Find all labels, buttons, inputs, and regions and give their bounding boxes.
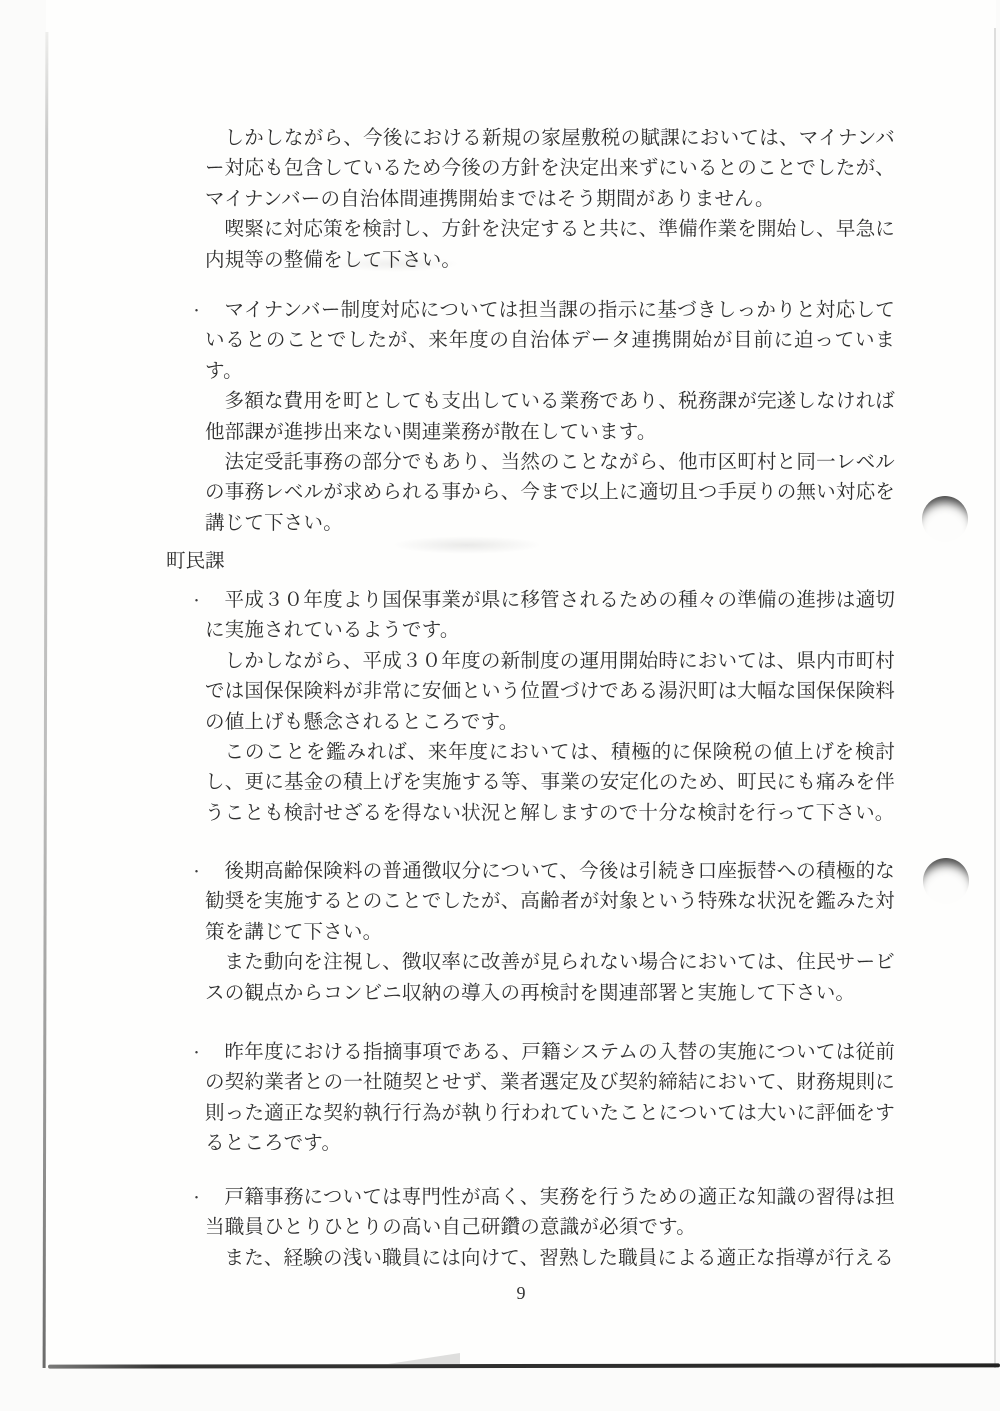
punch-hole-top [922,496,968,542]
paragraph: 喫緊に対応策を検討し、方針を決定すると共に、準備作業を開始し、早急に内規等の整備… [205,215,895,276]
bullet-dot-icon: ・ [190,857,203,887]
page-right-edge [994,28,996,1368]
paragraph: また、経験の浅い職員には向けて、習熟した職員による適正な指導が行える [205,1244,895,1274]
bullet-item-kokuho-transfer: ・ 平成３０年度より国保事業が県に移管されるための種々の準備の進捗は適切に実施さ… [205,586,895,829]
paragraph: しかしながら、平成３０年度の新制度の運用開始時においては、県内市町村では国保保険… [205,647,895,738]
paragraph: このことを鑑みれば、来年度においては、積極的に保険税の値上げを検討し、更に基金の… [205,738,895,829]
bullet-item-mynumber-response: ・ マイナンバー制度対応については担当課の指示に基づきしっかりと対応しているとの… [205,296,895,539]
paragraph: 戸籍事務については専門性が高く、実務を行うための適正な知識の習得は担当職員ひとり… [205,1183,895,1244]
bullet-item-late-elderly-premium: ・ 後期高齢保険料の普通徴収分について、今後は引続き口座振替への積極的な勧奨を実… [205,857,895,1009]
bullet-item-koseki-system-contract: ・ 昨年度における指摘事項である、戸籍システムの入替の実施については従前の契約業… [205,1038,895,1160]
paragraph: また動向を注視し、徴収率に改善が見られない場合においては、住民サービスの観点から… [205,948,895,1009]
scanned-document-page: { "page_number": "9", "bullet_marker": "… [0,0,1000,1411]
bullet-dot-icon: ・ [190,296,203,326]
paragraph: 昨年度における指摘事項である、戸籍システムの入替の実施については従前の契約業者と… [205,1038,895,1160]
bullet-dot-icon: ・ [190,1038,203,1068]
page-number: 9 [46,1279,996,1307]
carryover-paragraph-group: しかしながら、今後における新規の家屋敷税の賦課においては、マイナンバー対応も包含… [205,124,895,276]
punch-hole-bottom [923,858,969,904]
paragraph: 多額な費用を町としても支出している業務であり、税務課が完遂しなければ他部課が進捗… [205,387,895,448]
paragraph: マイナンバー制度対応については担当課の指示に基づきしっかりと対応しているとのこと… [205,296,895,387]
section-heading-residents-division: 町民課 [166,547,225,577]
paragraph: 後期高齢保険料の普通徴収分について、今後は引続き口座振替への積極的な勧奨を実施す… [205,857,895,948]
paragraph: しかしながら、今後における新規の家屋敷税の賦課においては、マイナンバー対応も包含… [205,124,895,215]
bullet-dot-icon: ・ [190,1183,203,1213]
bullet-dot-icon: ・ [190,586,203,616]
paragraph: 平成３０年度より国保事業が県に移管されるための種々の準備の進捗は適切に実施されて… [205,586,895,647]
bullet-item-koseki-office-skills: ・ 戸籍事務については専門性が高く、実務を行うための適正な知識の習得は担当職員ひ… [205,1183,895,1274]
paragraph: 法定受託事務の部分でもあり、当然のことながら、他市区町村と同一レベルの事務レベル… [205,448,895,539]
